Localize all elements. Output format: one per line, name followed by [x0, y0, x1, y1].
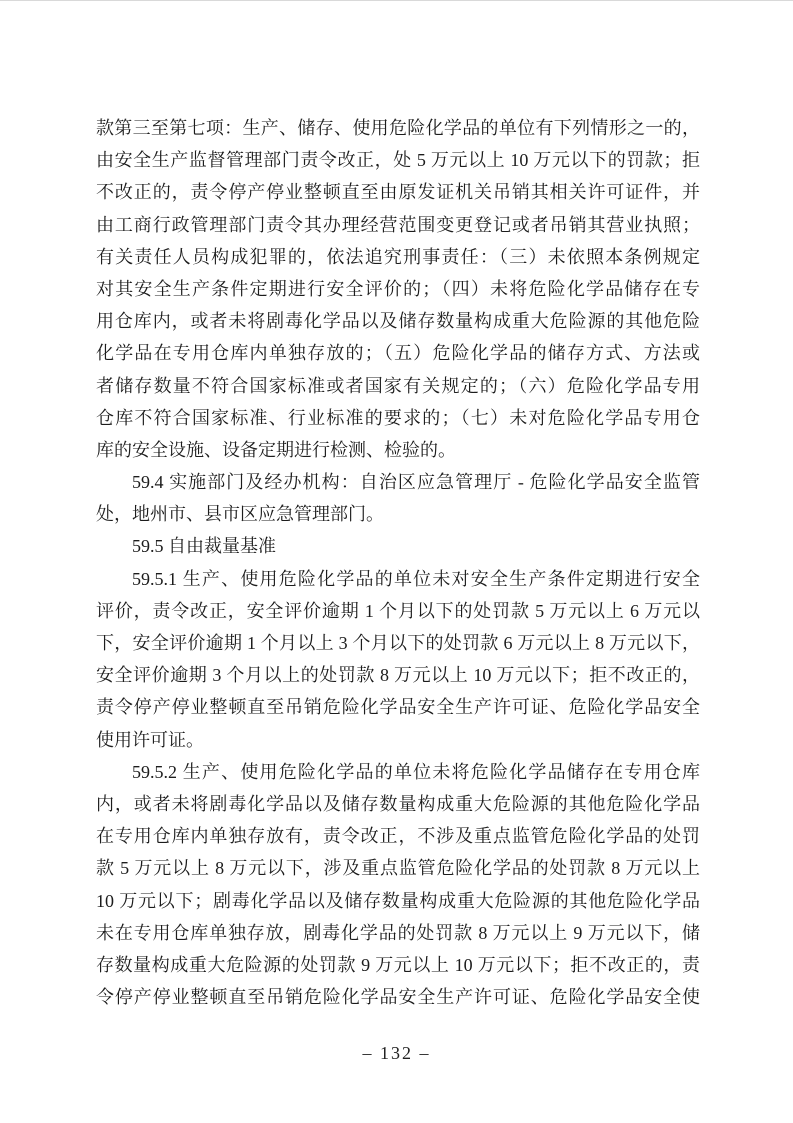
text-line: 存数量构成重大危险源的处罚款 9 万元以上 10 万元以下；拒不改正的，责 — [96, 949, 700, 981]
text-line: 不改正的，责令停产停业整顿直至由原发证机关吊销其相关许可证件，并 — [96, 176, 700, 208]
text-line: 款 5 万元以上 8 万元以下，涉及重点监管危险化学品的处罚款 8 万元以上 — [96, 852, 700, 884]
text-line: 下，安全评价逾期 1 个月以上 3 个月以下的处罚款 6 万元以上 8 万元以下… — [96, 627, 700, 659]
text-line: 责令停产停业整顿直至吊销危险化学品安全生产许可证、危险化学品安全 — [96, 691, 700, 723]
page-number: – 132 – — [363, 1043, 431, 1063]
text-line: 有关责任人员构成犯罪的，依法追究刑事责任：（三）未依照本条例规定 — [96, 241, 700, 273]
text-line: 评价，责令改正，安全评价逾期 1 个月以下的处罚款 5 万元以上 6 万元以 — [96, 595, 700, 627]
text-line: 者储存数量不符合国家标准或者国家有关规定的；（六）危险化学品专用 — [96, 370, 700, 402]
text-line: 款第三至第七项：生产、储存、使用危险化学品的单位有下列情形之一的， — [96, 112, 700, 144]
text-line: 由工商行政管理部门责令其办理经营范围变更登记或者吊销其营业执照； — [96, 209, 700, 241]
text-line: 59.4 实施部门及经办机构：自治区应急管理厅 - 危险化学品安全监管 — [96, 466, 700, 498]
text-line: 内，或者未将剧毒化学品以及储存数量构成重大危险源的其他危险化学品 — [96, 788, 700, 820]
text-line: 使用许可证。 — [96, 724, 700, 756]
text-line: 59.5.2 生产、使用危险化学品的单位未将危险化学品储存在专用仓库 — [96, 756, 700, 788]
text-line: 由安全生产监督管理部门责令改正，处 5 万元以上 10 万元以下的罚款；拒 — [96, 144, 700, 176]
text-line: 安全评价逾期 3 个月以上的处罚款 8 万元以上 10 万元以下；拒不改正的， — [96, 659, 700, 691]
text-line: 未在专用仓库单独存放，剧毒化学品的处罚款 8 万元以上 9 万元以下，储 — [96, 917, 700, 949]
body-text: 款第三至第七项：生产、储存、使用危险化学品的单位有下列情形之一的，由安全生产监督… — [96, 112, 700, 1013]
text-line: 59.5.1 生产、使用危险化学品的单位未对安全生产条件定期进行安全 — [96, 563, 700, 595]
text-line: 化学品在专用仓库内单独存放的；（五）危险化学品的储存方式、方法或 — [96, 337, 700, 369]
text-line: 59.5 自由裁量基准 — [96, 530, 700, 562]
text-line: 仓库不符合国家标准、行业标准的要求的；（七）未对危险化学品专用仓 — [96, 402, 700, 434]
page-footer: – 132 – — [0, 1043, 793, 1064]
text-line: 在专用仓库内单独存放有，责令改正，不涉及重点监管危险化学品的处罚 — [96, 820, 700, 852]
document-page: 款第三至第七项：生产、储存、使用危险化学品的单位有下列情形之一的，由安全生产监督… — [0, 0, 793, 1123]
text-line: 用仓库内，或者未将剧毒化学品以及储存数量构成重大危险源的其他危险 — [96, 305, 700, 337]
text-line: 处，地州市、县市区应急管理部门。 — [96, 498, 700, 530]
text-line: 库的安全设施、设备定期进行检测、检验的。 — [96, 434, 700, 466]
text-line: 令停产停业整顿直至吊销危险化学品安全生产许可证、危险化学品安全使 — [96, 981, 700, 1013]
text-line: 对其安全生产条件定期进行安全评价的；（四）未将危险化学品储存在专 — [96, 273, 700, 305]
text-line: 10 万元以下；剧毒化学品以及储存数量构成重大危险源的其他危险化学品 — [96, 885, 700, 917]
